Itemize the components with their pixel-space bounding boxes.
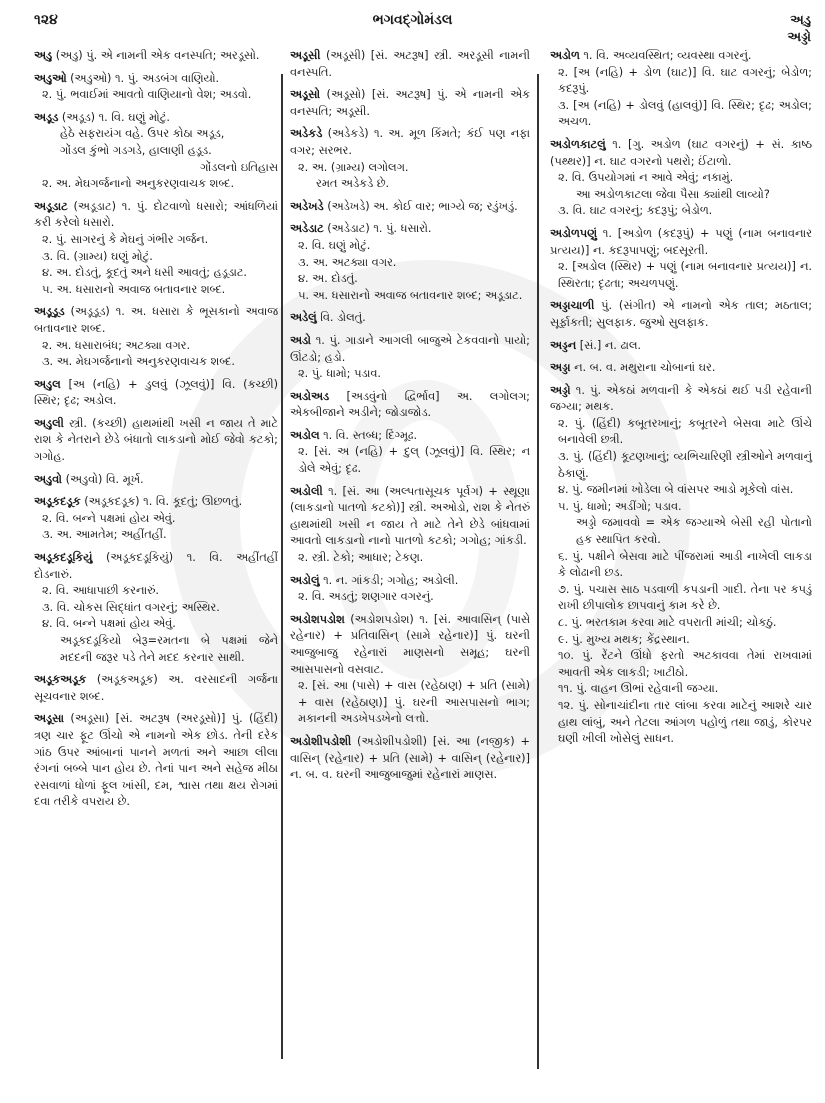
definition: ૧. પું. એકઠાં મળવાની કે એકઠાં થઈ પડી રહે… (550, 384, 812, 414)
headword: અડેડાટ (290, 222, 324, 235)
sense: ૬. પું. પક્ષીને બેસવા માટે પીંજરામાં આડી… (550, 549, 812, 582)
usage-example: અડ્ડો જમાવવો = એક જગ્યાએ બેસી રહી પોતાનો… (550, 515, 812, 548)
headword: અડૂસા (34, 712, 64, 725)
dictionary-entry: અડુવો (અડુવો) વિ. મૂર્ખ. (34, 472, 278, 489)
dictionary-entry: અડોશીપડોશી (અડોશીપડોશી) [સં. આ (નજીક) + … (290, 734, 530, 784)
headword: અડ્ડાચાળી (550, 299, 594, 312)
headword: અડોળકાટલું (550, 138, 606, 151)
definition: (અડૂસી) [સં. અટરૂષ] સ્ત્રી. અરડૂસી નામની… (290, 49, 530, 79)
dictionary-entry: અડ્ડો ૧. પું. એકઠાં મળવાની કે એકઠાં થઈ પ… (550, 383, 812, 748)
dictionary-entry: અડુલ [અ (નહિ) + ડુલવું (ઝૂલવું)] વિ. (કચ… (34, 377, 278, 410)
dictionary-entry: અડોલી ૧. [સં. આ (અલ્પતાસૂચક પૂર્વગ) + સ્… (290, 484, 530, 567)
headword: અડૂકદડૂકિયું (34, 551, 92, 564)
dictionary-entry: અડુ (અડુ) પું. એ નામની એક વનસ્પતિ; અરડૂસ… (34, 48, 278, 65)
definition: (અડેખડે) અ. કોઈ વાર; ભાગ્યે જ; રડુંખડું. (327, 200, 518, 213)
sense: ૨. વિ. આધાપાછી કરનારું. (34, 583, 278, 600)
definition: વિ. ડોલતું. (320, 311, 365, 324)
dictionary-entry: અડેડાટ (અડેડાટ) ૧. પું. ધસારો.૨. વિ. ઘણુ… (290, 221, 530, 304)
sense: ૮. પું. ભરતકામ કરવા માટે વપરાતી માંચી; ચ… (550, 615, 812, 632)
headword: અડુ (34, 49, 52, 62)
sense: ૩. વિ. ઘાટ વગરનું; કદરૂપું; બેડોળ. (550, 203, 812, 220)
definition: ૧. વિ. સ્તબ્ધ; દિંગ્મૂઢ. (323, 429, 417, 442)
sense: ૫. અ. ધસારાનો અવાજ બતાવનાર શબ્દ; અડૂડાટ. (290, 288, 530, 305)
sense: ૫. અ. ધસારાનો અવાજ બતાવનાર શબ્દ. (34, 282, 278, 299)
headword: અડૂકઅડૂક (34, 673, 86, 686)
headword: અડૂકદડૂક (34, 495, 81, 508)
dictionary-entry: અડેખડે (અડેખડે) અ. કોઈ વાર; ભાગ્યે જ; રડ… (290, 199, 530, 216)
dictionary-entry: અડૂડૂડ (અડૂડૂડ) ૧. અ. ધસારા કે ભૂસકાનો અ… (34, 304, 278, 370)
definition: (અડૂડૂડ) ૧. અ. ધસારા કે ભૂસકાનો અવાજ બતા… (34, 305, 278, 335)
dictionary-entry: અડ્ડા ન. બ. વ. મથુરાના ચોબાનાં ઘર. (550, 360, 812, 377)
definition: (અડેડાટ) ૧. પું. ધસારો. (327, 222, 431, 235)
dictionary-entry: અડ્ડાચાળી પું. (સંગીત) એ નામનો એક તાલ; મ… (550, 298, 812, 331)
headword: અડૂસી (290, 49, 321, 62)
sense: ૨. અ. (ગ્રામ્ય) લગોલગ. (290, 160, 530, 177)
headword: અડેખડે (290, 200, 324, 213)
column-rule (537, 74, 539, 1069)
usage-example: અડૂકદડૂકિયો બેરૂ=રમતના બે પક્ષમાં જેને મ… (34, 633, 278, 666)
guide-words: અડુ અડ્ડો (787, 12, 811, 46)
definition: ૧. [સં. આ (અલ્પતાસૂચક પૂર્વગ) + સ્થૂણા (… (290, 485, 530, 548)
headword: અડ્ડો (550, 384, 571, 397)
sense: ૨. પું. ધામો; પડાવ. (290, 366, 530, 383)
sense: ૨. અ. મેઘગર્જનાનો અનુકરણવાચક શબ્દ. (34, 176, 278, 193)
sense: ૯. પું. મુખ્ય મથક; કેંદ્રસ્થાન. (550, 632, 812, 649)
sense: ૩. અ. અટક્યા વગર. (290, 255, 530, 272)
sense: ૨. વિ. ઘણું મોટું. (290, 238, 530, 255)
definition: (અડૂસો) [સં. અટરૂષ] પું. એ નામની એક વનસ્… (290, 88, 530, 118)
headword: અડેકડે (290, 127, 322, 140)
sense: ૨. પું. ભવાઈમાં આવતો વાણિયાનો વેશ; અડવો. (34, 87, 278, 104)
headword: અડોશીપડોશી (290, 735, 351, 748)
headword: અડોલી (290, 485, 323, 498)
dictionary-entry: અડોલ ૧. વિ. સ્તબ્ધ; દિંગ્મૂઢ.૨. [સં. અ (… (290, 428, 530, 478)
dictionary-entry: અડૂકઅડૂક (અડૂકઅડૂક) અ. વરસાદની ગર્જના સૂ… (34, 672, 278, 705)
headword: અડુલી (34, 417, 64, 430)
definition: (અડુ) પું. એ નામની એક વનસ્પતિ; અરડૂસો. (56, 49, 260, 62)
column-2: અડૂસી (અડૂસી) [સં. અટરૂષ] સ્ત્રી. અરડૂસી… (290, 48, 530, 790)
sense: ૩. વિ. ચોકસ સિદ્ધાંત વગરનું; અસ્થિર. (34, 600, 278, 617)
sense: ૩. વિ. (ગ્રામ્ય) ઘણું મોટું. (34, 249, 278, 266)
sense: ૭. પું. પચાસ સાઠ પડવાળી કપડાની ગાદી. તેન… (550, 582, 812, 615)
dictionary-entry: અડોળ ૧. વિ. અવ્યવસ્થિત; વ્યવસ્થા વગરનું.… (550, 48, 812, 131)
sense: ૪. વિ. બન્ને પક્ષમાં હોય એવું. (34, 616, 278, 633)
definition: ૧. વિ. અવ્યવસ્થિત; વ્યવસ્થા વગરનું. (583, 49, 751, 62)
sense: ૨. [સં. આ (પાસે) + વાસ (રહેઠાણ) + પ્રતિ … (290, 678, 530, 728)
sense: ૨. [સં. અ (નહિ) + દુલ્ (ઝૂલવું)] વિ. સ્થ… (290, 444, 530, 477)
headword: અડોળપણું (550, 227, 597, 240)
definition: [સં.] ન. ઢાલ. (580, 339, 641, 352)
headword: અડેલું (290, 311, 317, 324)
sense: ૨. [અડોલ (સ્થિર) + પણું (નામ બનાવનાર પ્ર… (550, 259, 812, 292)
dictionary-entry: અડૂકદડૂક (અડૂકદડૂક) ૧. વિ. કૂદતું; ઊછળતુ… (34, 494, 278, 544)
headword: અડુઓ (34, 72, 67, 85)
dictionary-entry: અડુલી સ્ત્રી. (કચ્છી) હાથમાંથી ખસી ન જાય… (34, 416, 278, 466)
dictionary-entry: અડેકડે (અડેકડે) ૧. અ. મૂળ કિંમતે; કંઈ પણ… (290, 126, 530, 192)
headword: અડુવો (34, 473, 62, 486)
sense: ૫. પું. ધામો; અડીંગો; પડાવ. (550, 499, 812, 516)
sense: ૨. સ્ત્રી. ટેકો; આધાર; ટેકણ. (290, 550, 530, 567)
dictionary-entry: અડો ૧. પું. ગાડાને આગલી બાજુએ ટેકવવાનો પ… (290, 333, 530, 383)
sense: ૨. પું. (હિંદી) કબૂતરખાનું; કબૂતરને બેસવ… (550, 416, 812, 449)
column-1: અડુ (અડુ) પું. એ નામની એક વનસ્પતિ; અરડૂસ… (34, 48, 278, 817)
sense: ૧૨. પું. સોનાચાંદીના તાર લાંબા કરવા માટે… (550, 698, 812, 748)
dictionary-entry: અડ્ડન [સં.] ન. ઢાલ. (550, 338, 812, 355)
guide-word-first: અડુ (787, 12, 811, 29)
dictionary-entry: અડોળકાટલું ૧. [ગુ. અડોળ (ઘાટ વગરનું) + સ… (550, 137, 812, 220)
definition: (અડૂકદડૂક) ૧. વિ. કૂદતું; ઊછળતું. (84, 495, 242, 508)
sense: ૧૧. પું. વાહન ઊભાં રહેવાની જગ્યા. (550, 681, 812, 698)
headword: અડોલ (290, 429, 320, 442)
definition: (અડૂડાટ) ૧. પું. દોટવાળો ધસારો; આંધળિયાં… (34, 200, 278, 230)
sense: ૪. અ. દોડતું. (290, 271, 530, 288)
usage-example: આ અડોળકાટલા જેવા પૈસા ક્યાંથી લાવ્યો? (550, 187, 812, 204)
usage-example: રમત અડેકડે છે. (290, 176, 530, 193)
dictionary-entry: અડુઓ (અડુઓ) ૧. પું. અડબંગ વાણિયો.૨. પું.… (34, 71, 278, 104)
usage-example: હેઠે સફરાયંગ વહે. ઉપર કોઠા અડૂડ, (34, 126, 278, 143)
sense: ૩. [અ (નહિ) + ડોલવું (હાલવું)] વિ. સ્થિર… (550, 98, 812, 131)
headword: અડૂસો (290, 88, 320, 101)
sense: ૩. અ. આમતેમ; અહીંતહીં. (34, 527, 278, 544)
headword: અડોળ (550, 49, 580, 62)
sense: ૪. અ. દોડતું, કૂદતું અને ધસી આવતું; હડૂડ… (34, 265, 278, 282)
dictionary-entry: અડોળપણું ૧. [અડોળ (કદરૂપું) + પણું (નામ … (550, 226, 812, 292)
dictionary-page: ૧૨૪ ભગવદ્ગોમંડલ અડુ અડ્ડો અડુ (અડુ) પું.… (0, 0, 825, 1103)
sense: ૨. અ. ધસારાબંધ; અટક્યા વગર. (34, 338, 278, 355)
headword: અડૂડૂડ (34, 305, 65, 318)
definition: સ્ત્રી. (કચ્છી) હાથમાંથી ખસી ન જાય તે મા… (34, 417, 278, 463)
sense: ૧૦. પું. રેંટને ઊંધો ફરતો અટકાવવા તેમાં … (550, 648, 812, 681)
column-3: અડોળ ૧. વિ. અવ્યવસ્થિત; વ્યવસ્થા વગરનું.… (550, 48, 812, 754)
dictionary-entry: અડૂકદડૂકિયું (અડૂકદડૂકિયું) ૧. વિ. અહીંત… (34, 550, 278, 666)
definition: (અડૂડ) ૧. વિ. ઘણું મોટું. (62, 111, 170, 124)
dictionary-entry: અડોશપડોશ (અડોશપડોશ) ૧. [સં. આવાસિન્ (પાસ… (290, 612, 530, 728)
column-rule (281, 74, 283, 1059)
definition: (અડુવો) વિ. મૂર્ખ. (66, 473, 144, 486)
dictionary-entry: અડૂસી (અડૂસી) [સં. અટરૂષ] સ્ત્રી. અરડૂસી… (290, 48, 530, 81)
definition: ન. બ. વ. મથુરાના ચોબાનાં ઘર. (574, 361, 715, 374)
headword: અડૂડ (34, 111, 58, 124)
sense: ૨. [અ (નહિ) + ડોળ (ઘાટ)] વિ. ઘાટ વગરનું;… (550, 65, 812, 98)
guide-word-last: અડ્ડો (787, 29, 811, 46)
sense: ૨. પું. સાગરનું કે મેઘનું ગંભીર ગર્જન. (34, 232, 278, 249)
page-header: ૧૨૪ ભગવદ્ગોમંડલ અડુ અડ્ડો (0, 12, 825, 40)
dictionary-entry: અડૂડાટ (અડૂડાટ) ૧. પું. દોટવાળો ધસારો; આ… (34, 199, 278, 299)
definition: (અડેકડે) ૧. અ. મૂળ કિંમતે; કંઈ પણ નફા વગ… (290, 127, 530, 157)
headword: અડો (290, 334, 311, 347)
dictionary-entry: અડેલું વિ. ડોલતું. (290, 310, 530, 327)
headword: અડ્ડન (550, 339, 576, 352)
dictionary-entry: અડોઅડ [અડવુંનો દ્વિર્ભાવ] અ. લગોલગ; એકબી… (290, 389, 530, 422)
headword: અડૂડાટ (34, 200, 68, 213)
dictionary-entry: અડોલું ૧. ન. ગાંકડી; ગગોહ; અડોલી.૨. વિ. … (290, 573, 530, 606)
definition: (અડુઓ) ૧. પું. અડબંગ વાણિયો. (70, 72, 219, 85)
dictionary-entry: અડૂસા (અડૂસા) [સં. અટરૂષ (અરડૂસો)] પું. … (34, 711, 278, 811)
headword: અડ્ડા (550, 361, 570, 374)
dictionary-entry: અડૂડ (અડૂડ) ૧. વિ. ઘણું મોટું.હેઠે સફરાય… (34, 110, 278, 193)
definition: [અ (નહિ) + ડુલવું (ઝૂલવું)] વિ. (કચ્છી) … (34, 378, 278, 408)
dictionary-entry: અડૂસો (અડૂસો) [સં. અટરૂષ] પું. એ નામની એ… (290, 87, 530, 120)
citation: ગોંડલનો ઇતિહાસ (34, 160, 278, 177)
definition: ૧. પું. ગાડાને આગલી બાજુએ ટેકવવાનો પાયો;… (290, 334, 530, 364)
sense: ૨. વિ. અડતું; શણગાર વગરનું. (290, 589, 530, 606)
sense: ૩. પું. (હિંદી) કૂટણખાનું; વ્યભિચારિણી સ… (550, 449, 812, 482)
headword: અડોલું (290, 574, 320, 587)
definition: ૧. ન. ગાંકડી; ગગોહ; અડોલી. (323, 574, 458, 587)
running-title: ભગવદ્ગોમંડલ (0, 12, 825, 28)
usage-example: ગોંડલ કુંભો ગડગડે, હાલાણી હડૂડ. (34, 143, 278, 160)
headword: અડોશપડોશ (290, 613, 345, 626)
sense: ૨. વિ. બન્ને પક્ષમાં હોય એવું. (34, 511, 278, 528)
headword: અડુલ (34, 378, 61, 391)
headword: અડોઅડ (290, 390, 329, 403)
sense: ૪. પું. જમીનમાં ખોડેલા બે વાંસપર આડો મૂક… (550, 482, 812, 499)
sense: ૨. વિ. ઉપયોગમાં ન આવે એવું; નકામું. (550, 170, 812, 187)
definition: (અડૂસા) [સં. અટરૂષ (અરડૂસો)] પું. (હિંદી… (34, 712, 278, 808)
sense: ૩. અ. મેઘગર્જનાનો અનુકરણવાચક શબ્દ. (34, 354, 278, 371)
